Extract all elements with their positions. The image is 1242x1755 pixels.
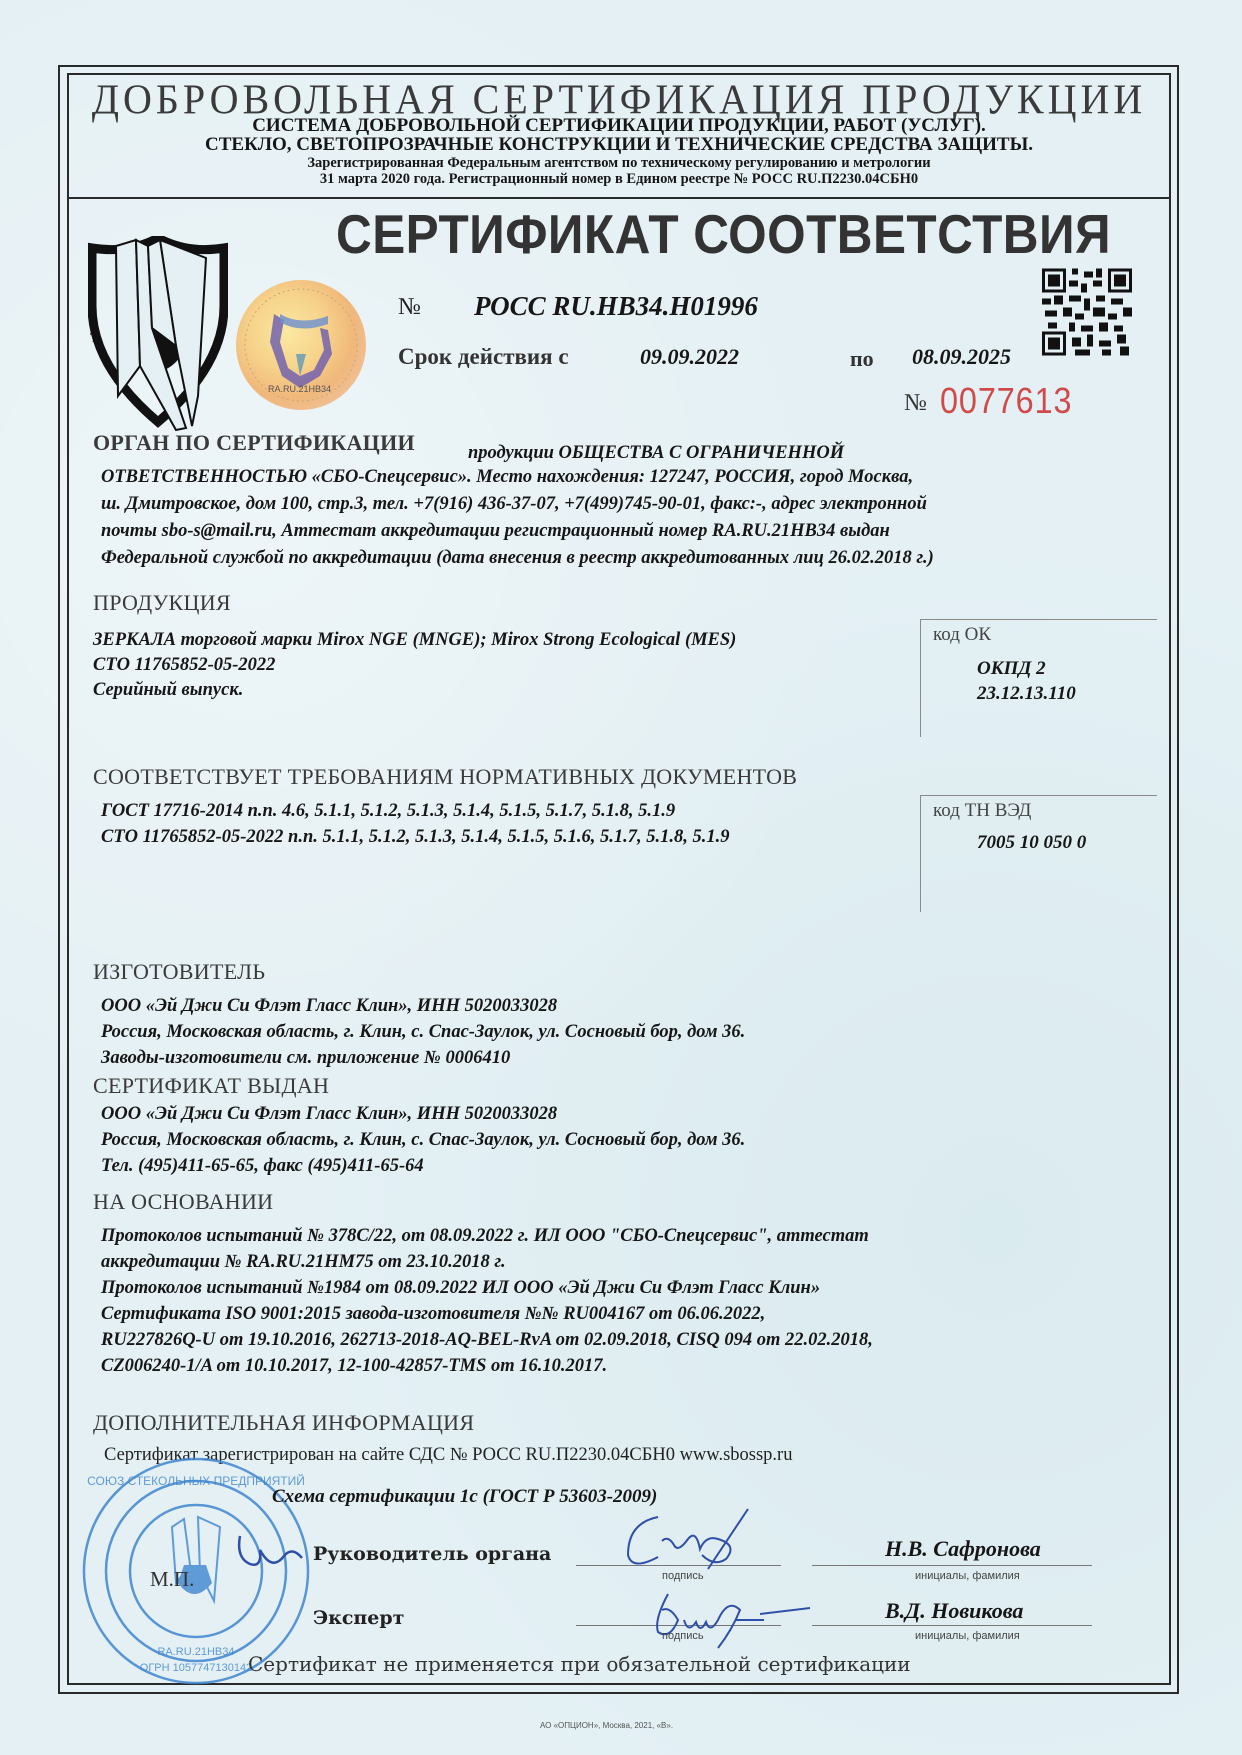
manufacturer-line: Заводы-изготовители см. приложение № 000…: [101, 1045, 510, 1071]
stamp-initial-signature-icon: [232, 1528, 312, 1578]
requirements-line: СТО 11765852-05-2022 п.п. 5.1.1, 5.1.2, …: [101, 824, 730, 850]
shield-logo-icon: T: [88, 236, 228, 432]
head-of-body-name: Н.В. Сафронова: [885, 1536, 1041, 1562]
certification-body-line: ОТВЕТСТВЕННОСТЬЮ «СБО-Спецсервис». Место…: [101, 464, 913, 490]
basis-line: Протоколов испытаний № 378С/22, от 08.09…: [101, 1223, 869, 1249]
expert-name-line: [812, 1625, 1092, 1626]
expert-signature-caption: подпись: [662, 1630, 704, 1642]
header-line-4: Зарегистрированная Федеральным агентство…: [67, 155, 1171, 171]
certification-body-title: ОРГАН ПО СЕРТИФИКАЦИИ: [93, 430, 415, 456]
certification-scheme: Схема сертификации 1с (ГОСТ Р 53603-2009…: [272, 1484, 657, 1510]
expert-label: Эксперт: [313, 1607, 404, 1629]
basis-title: НА ОСНОВАНИИ: [93, 1189, 273, 1215]
valid-from-date: 09.09.2022: [640, 344, 739, 370]
svg-text:RA.RU.21HB34: RA.RU.21HB34: [157, 1646, 234, 1658]
certification-body-line: Федеральной службой по аккредитации (дат…: [101, 545, 934, 571]
requirements-line: ГОСТ 17716-2014 п.п. 4.6, 5.1.1, 5.1.2, …: [101, 798, 675, 824]
qr-code-icon: [1042, 268, 1132, 356]
svg-text:T: T: [90, 331, 99, 346]
header-line-3: СТЕКЛО, СВЕТОПРОЗРАЧНЫЕ КОНСТРУКЦИИ И ТЕ…: [67, 135, 1171, 155]
svg-text:ОГРН 1057747130142: ОГРН 1057747130142: [140, 1662, 252, 1674]
requirements-title: СООТВЕТСТВУЕТ ТРЕБОВАНИЯМ НОРМАТИВНЫХ ДО…: [93, 764, 797, 790]
manufacturer-line: Россия, Московская область, г. Клин, с. …: [101, 1019, 745, 1045]
manufacturer-title: ИЗГОТОВИТЕЛЬ: [93, 959, 265, 985]
page-title: СЕРТИФИКАТ СООТВЕТСТВИЯ: [336, 204, 1111, 264]
head-signature-icon: [618, 1505, 758, 1575]
certification-body-lead: продукции ОБЩЕСТВА С ОГРАНИЧЕННОЙ: [468, 440, 844, 466]
additional-info-title: ДОПОЛНИТЕЛЬНАЯ ИНФОРМАЦИЯ: [93, 1410, 474, 1436]
issued-to-line: Россия, Московская область, г. Клин, с. …: [101, 1127, 745, 1153]
issued-to-title: СЕРТИФИКАТ ВЫДАН: [93, 1073, 329, 1099]
basis-line: Протоколов испытаний №1984 от 08.09.2022…: [101, 1275, 820, 1301]
certification-body-line: почты sbo-s@mail.ru, Аттестат аккредитац…: [101, 518, 890, 544]
manufacturer-line: ООО «Эй Джи Си Флэт Гласс Клин», ИНН 502…: [101, 993, 557, 1019]
product-title: ПРОДУКЦИЯ: [93, 590, 231, 616]
head-of-body-label: Руководитель органа: [313, 1543, 551, 1565]
header-divider: [67, 197, 1171, 199]
tn-ved-code: 7005 10 050 0: [977, 832, 1086, 854]
expert-name-caption: инициалы, фамилия: [915, 1630, 1020, 1642]
product-line: ЗЕРКАЛА торговой марки Mirox NGE (MNGE);…: [93, 627, 736, 653]
header-line-2: СИСТЕМА ДОБРОВОЛЬНОЙ СЕРТИФИКАЦИИ ПРОДУК…: [67, 116, 1171, 136]
basis-line: аккредитации № RA.RU.21HM75 от 23.10.201…: [101, 1249, 506, 1275]
certificate-number: РОСС RU.HB34.H01996: [474, 291, 758, 322]
header-line-5: 31 марта 2020 года. Регистрационный номе…: [67, 171, 1171, 187]
basis-line: CZ006240-1/A от 10.10.2017, 12-100-42857…: [101, 1353, 607, 1379]
tn-ved-code-label: код ТН ВЭД: [933, 800, 1031, 822]
validity-label: Срок действия с: [398, 344, 569, 370]
blank-serial-number: 0077613: [940, 380, 1072, 422]
okpd-label: ОКПД 2: [977, 658, 1046, 680]
tn-ved-code-box: код ТН ВЭД 7005 10 050 0: [920, 795, 1157, 912]
certification-body-line: ш. Дмитровское, дом 100, стр.3, тел. +7(…: [101, 491, 927, 517]
ok-code-label: код ОК: [933, 624, 991, 646]
hologram-text: RA.RU.21HB34: [268, 384, 331, 394]
certificate-number-sign: №: [398, 294, 421, 321]
ok-code-box: код ОК ОКПД 2 23.12.13.110: [920, 619, 1157, 737]
valid-to-date: 08.09.2025: [912, 344, 1011, 370]
expert-name: В.Д. Новикова: [885, 1598, 1023, 1624]
valid-to-label: по: [850, 346, 874, 372]
basis-line: RU227826Q-U от 19.10.2016, 262713-2018-A…: [101, 1327, 873, 1353]
printer-imprint: АО «ОПЦИОН», Москва, 2021, «В».: [540, 1721, 673, 1730]
basis-line: Сертификата ISO 9001:2015 завода-изготов…: [101, 1301, 765, 1327]
issued-to-line: ООО «Эй Джи Си Флэт Гласс Клин», ИНН 502…: [101, 1101, 557, 1127]
issued-to-line: Тел. (495)411-65-65, факс (495)411-65-64: [101, 1153, 424, 1179]
voluntary-notice: Сертификат не применяется при обязательн…: [248, 1652, 911, 1676]
product-line: Серийный выпуск.: [93, 677, 243, 703]
blank-number-sign: №: [904, 390, 927, 417]
okpd-code: 23.12.13.110: [977, 683, 1076, 705]
product-line: СТО 11765852-05-2022: [93, 652, 275, 678]
head-name-caption: инициалы, фамилия: [915, 1570, 1020, 1582]
head-name-line: [812, 1565, 1092, 1566]
seal-place-label: М.П.: [150, 1567, 194, 1592]
